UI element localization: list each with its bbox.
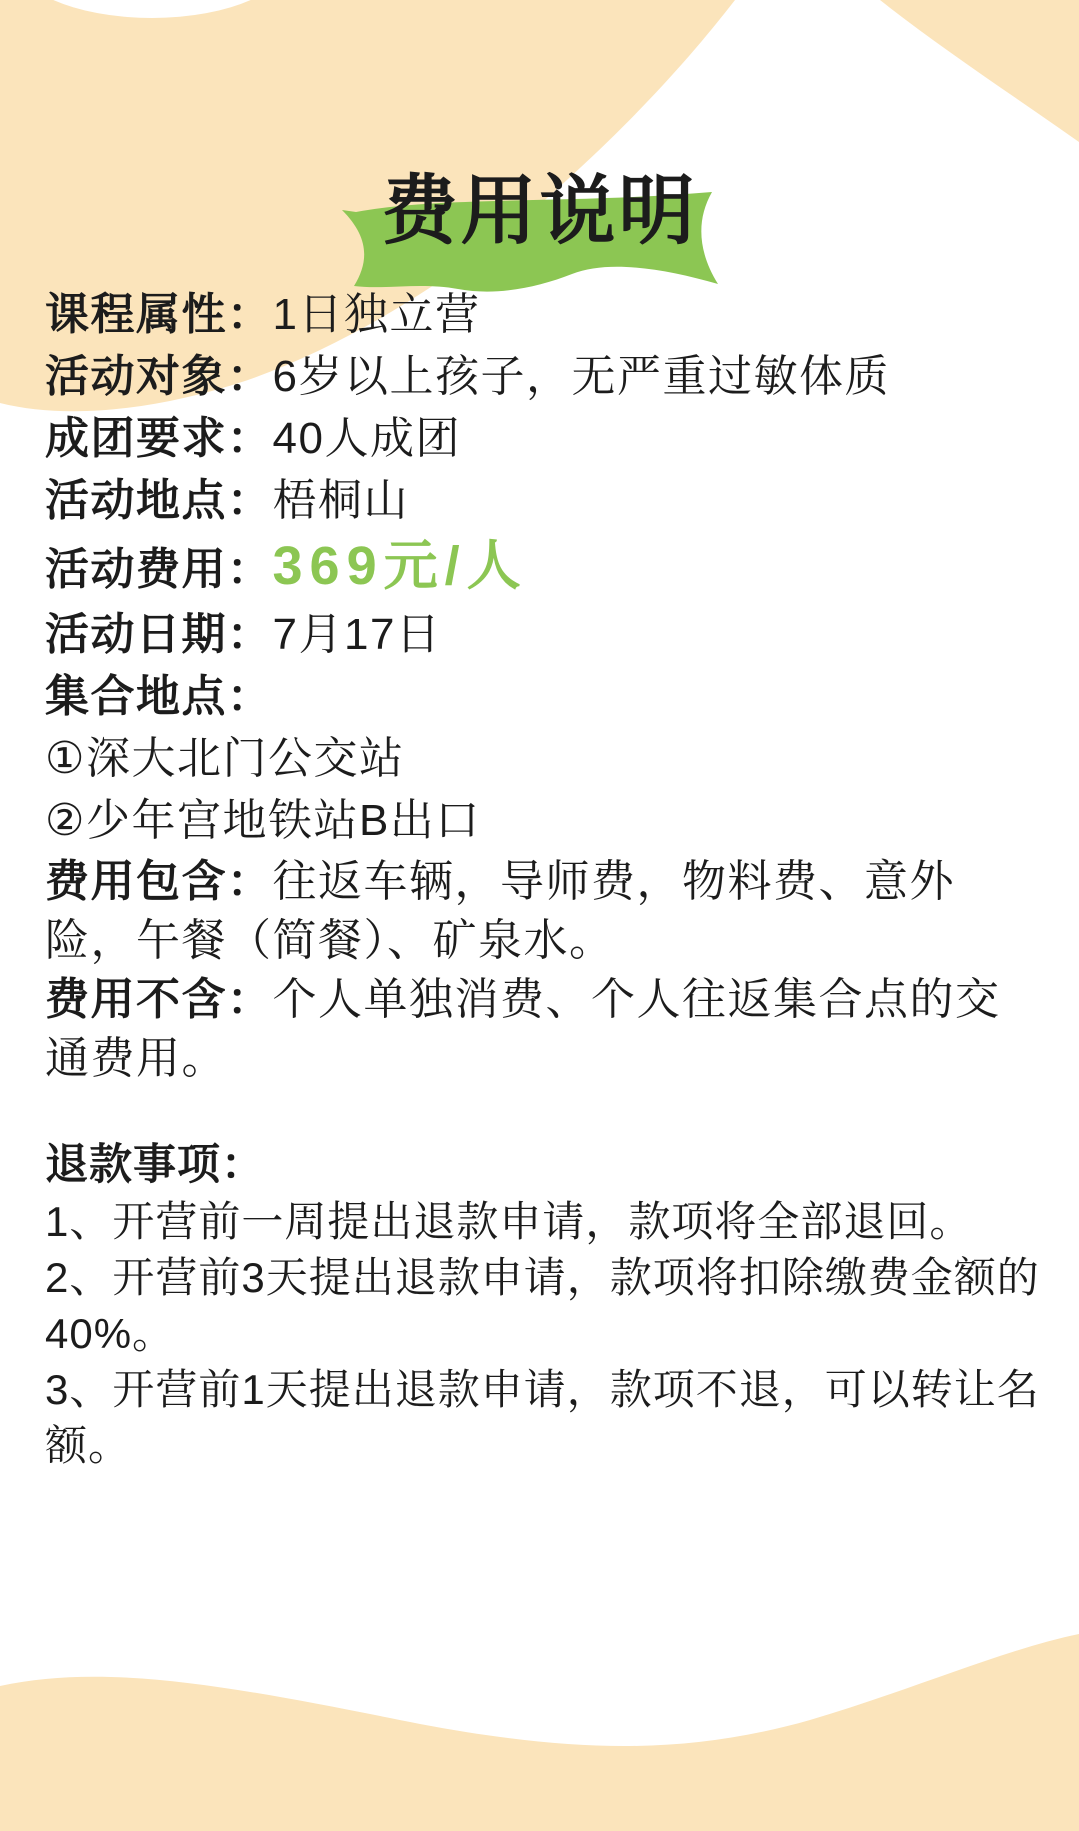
refund-item-3: 3、开营前1天提出退款申请，款项不退，可以转让名 额。	[45, 1362, 1055, 1474]
info-value: 6岁以上孩子，无严重过敏体质	[273, 352, 890, 401]
meeting-label: 集合地点：	[45, 672, 273, 721]
refund-title: 退款事项：	[45, 1136, 1055, 1194]
info-row-group-requirement: 成团要求：40人成团	[45, 408, 1055, 470]
info-label: 活动地点：	[45, 476, 273, 525]
meeting-label-row: 集合地点：	[45, 666, 1055, 728]
info-value: 7月17日	[273, 610, 442, 659]
info-value: 1日独立营	[273, 290, 481, 339]
page-title: 费用说明	[0, 150, 1079, 259]
info-label: 活动对象：	[45, 352, 273, 401]
bottom-decoration	[0, 1626, 1079, 1831]
fee-excludes-paragraph: 费用不含：个人单独消费、个人往返集合点的交 通费用。	[45, 970, 1055, 1088]
info-label: 成团要求：	[45, 414, 273, 463]
info-row-location: 活动地点：梧桐山	[45, 470, 1055, 532]
info-row-price: 活动费用：369元/人	[45, 532, 1055, 604]
fee-excludes-label: 费用不含：	[45, 975, 273, 1024]
info-label: 活动日期：	[45, 610, 273, 659]
bottom-peach-wave	[0, 1634, 1079, 1831]
info-row-audience: 活动对象：6岁以上孩子，无严重过敏体质	[45, 346, 1055, 408]
info-row-course-type: 课程属性：1日独立营	[45, 284, 1055, 346]
fee-includes-paragraph: 费用包含：往返车辆，导师费，物料费、意外 险，午餐（简餐）、矿泉水。	[45, 852, 1055, 970]
refund-item-1: 1、开营前一周提出退款申请，款项将全部退回。	[45, 1194, 1055, 1250]
info-label: 课程属性：	[45, 290, 273, 339]
meeting-point-2: ②少年宫地铁站B出口	[45, 790, 1055, 852]
info-value: 40人成团	[273, 414, 461, 463]
top-right-peach-wedge	[880, 0, 1079, 142]
fee-info: 课程属性：1日独立营 活动对象：6岁以上孩子，无严重过敏体质 成团要求：40人成…	[45, 284, 1055, 1474]
meeting-point-text: ①深大北门公交站	[45, 734, 404, 783]
price-value: 369元/人	[273, 536, 528, 596]
info-label: 活动费用：	[45, 545, 273, 594]
meeting-point-text: ②少年宫地铁站B出口	[45, 796, 481, 845]
meeting-point-1: ①深大北门公交站	[45, 728, 1055, 790]
info-value: 梧桐山	[273, 476, 410, 525]
title-banner: 费用说明	[0, 150, 1079, 300]
info-row-date: 活动日期：7月17日	[45, 604, 1055, 666]
fee-includes-label: 费用包含：	[45, 857, 273, 906]
refund-section: 退款事项： 1、开营前一周提出退款申请，款项将全部退回。 2、开营前3天提出退款…	[45, 1136, 1055, 1474]
refund-item-2: 2、开营前3天提出退款申请，款项将扣除缴费金额的 40%。	[45, 1250, 1055, 1362]
poster-page: { "theme": { "peach": "#fbe4bb", "green"…	[0, 0, 1079, 1831]
top-left-white-notch	[10, 0, 294, 18]
